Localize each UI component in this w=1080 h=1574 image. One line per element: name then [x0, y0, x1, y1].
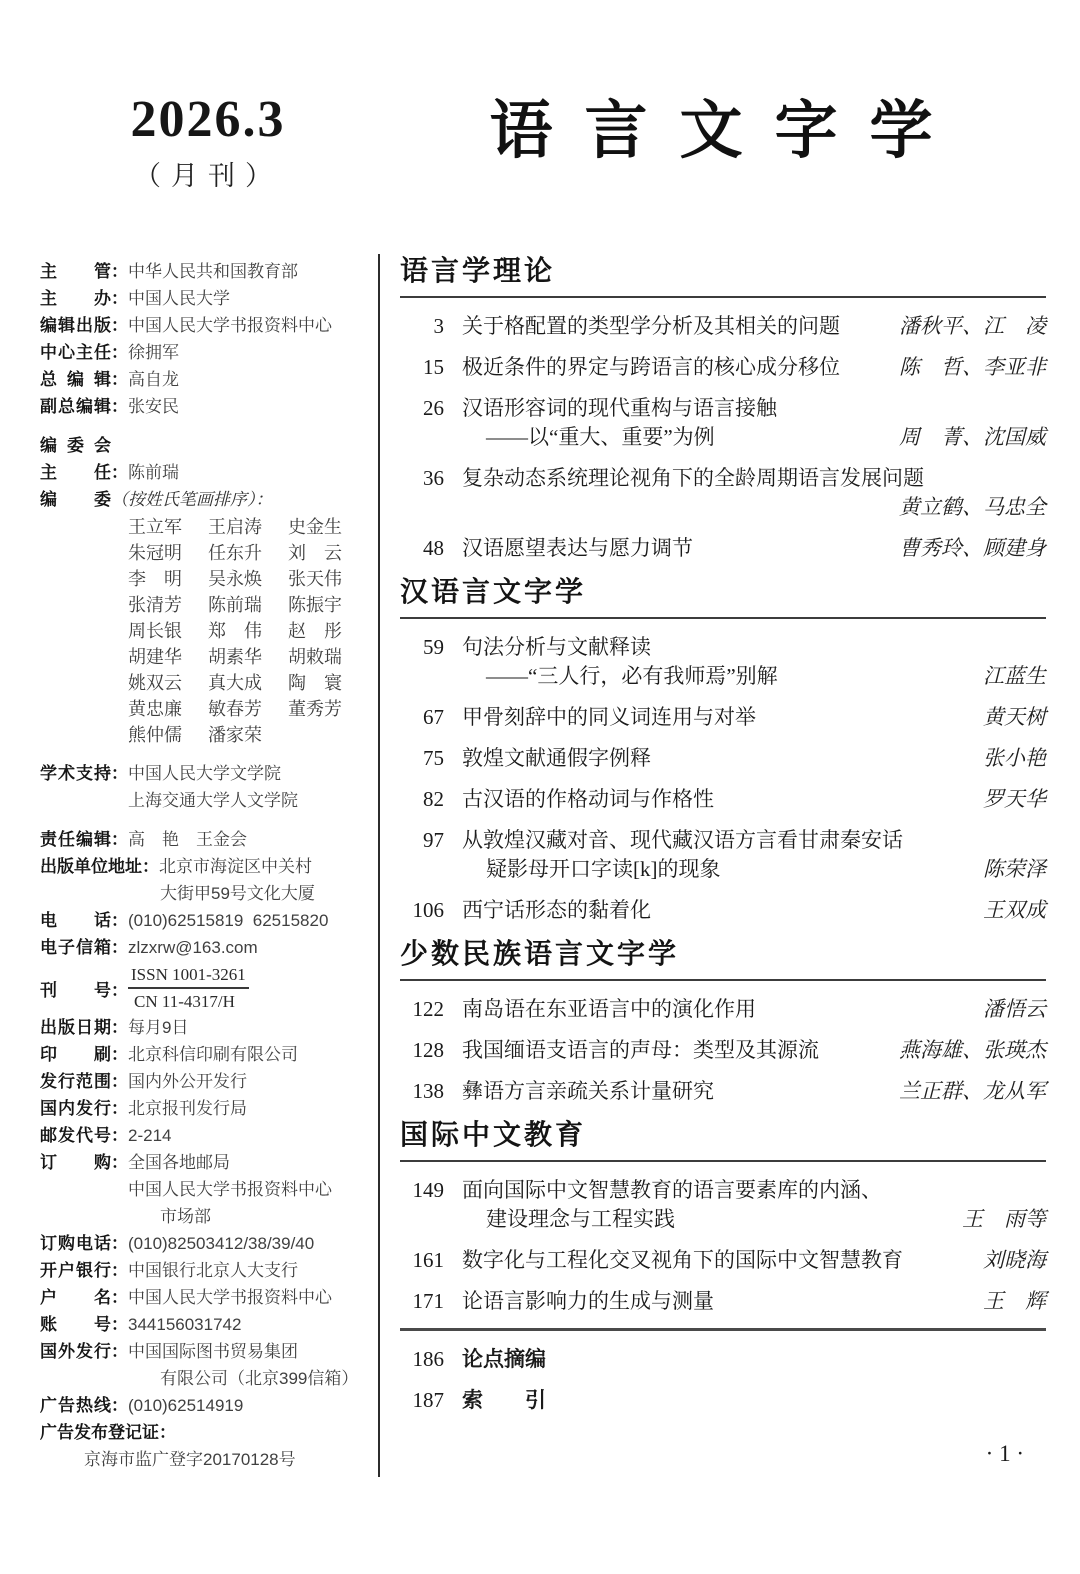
entry-subtitle: 疑影母开口字读[k]的现象 — [462, 855, 721, 884]
info-label: 中心主任 — [40, 343, 128, 363]
toc-entry: 36 复杂动态系统理论视角下的全龄周期语言发展问题 黄立鹤、马忠全 — [400, 464, 1046, 522]
info-row: 国内发行 北京报刊发行局 — [40, 1099, 370, 1119]
entry-title: 数字化与工程化交叉视角下的国际中文智慧教育 — [462, 1246, 903, 1275]
info-row: 广告热线 (010)62514919 — [40, 1396, 370, 1416]
info-row: 主办 中国人民大学 — [40, 289, 370, 309]
entry-page-number: 161 — [400, 1246, 444, 1275]
issue-number: 2026.3 — [40, 92, 376, 148]
info-value: 中国人民大学书报资料中心 — [128, 1180, 332, 1200]
info-row: 订购 全国各地邮局 — [40, 1153, 370, 1173]
info-row: 主管 中华人民共和国教育部 — [40, 262, 370, 282]
board-member-name: 敏春芳 — [208, 699, 288, 719]
board-members-row: 编委 （按姓氏笔画排序）： — [40, 490, 370, 510]
info-label: 账号 — [40, 1315, 128, 1335]
board-members-note: （按姓氏笔画排序）： — [111, 490, 273, 510]
toc-entry: 149 面向国际中文智慧教育的语言要素库的内涵、 建设理念与工程实践 王 雨等 — [400, 1176, 1046, 1234]
info-value: 全国各地邮局 — [128, 1153, 230, 1173]
info-value: 2-214 — [128, 1126, 171, 1146]
info-row: 有限公司（北京399信箱） — [40, 1369, 370, 1389]
info-row: 市场部 — [40, 1207, 370, 1227]
entry-page-number: 48 — [400, 534, 444, 563]
info-value: 京海市监广登字20170128号 — [84, 1450, 296, 1470]
board-member-name: 赵 彤 — [288, 621, 368, 641]
entry-page-number: 26 — [400, 394, 444, 423]
editorial-board-names: 王立军 王启涛 史金生 朱冠明 任东升 刘 云 李 明 吴永焕 张天伟 张清芳 … — [128, 517, 370, 745]
board-member-name: 潘家荣 — [208, 725, 288, 745]
entry-page-number: 187 — [400, 1386, 444, 1415]
info-row: 编辑出版 中国人民大学书报资料中心 — [40, 316, 370, 336]
entry-authors: 周 菁、沈国威 — [885, 423, 1046, 452]
entry-authors: 黄立鹤、马忠全 — [885, 493, 1046, 522]
entry-title: 论语言影响力的生成与测量 — [462, 1287, 714, 1316]
entry-authors: 兰正群、龙从军 — [885, 1077, 1046, 1106]
entry-page-number: 97 — [400, 826, 444, 855]
info-row: 大街甲59号文化大厦 — [40, 884, 370, 904]
info-label: 发行范围 — [40, 1072, 128, 1092]
info-value: 大街甲59号文化大厦 — [160, 884, 315, 904]
info-row: 责任编辑 高 艳 王金会 — [40, 830, 370, 850]
entry-authors: 潘悟云 — [969, 995, 1046, 1024]
entry-page-number: 106 — [400, 896, 444, 925]
entry-subtitle: ——“三人行，必有我师焉”别解 — [462, 662, 778, 691]
spacer — [40, 752, 370, 764]
info-label: 编委 — [40, 490, 111, 510]
info-label: 广告发布登记证 — [40, 1423, 176, 1443]
entry-page-number: 82 — [400, 785, 444, 814]
entry-authors: 刘晓海 — [969, 1246, 1046, 1275]
info-label: 开户银行 — [40, 1261, 128, 1281]
entry-page-number: 149 — [400, 1176, 444, 1205]
info-row: 开户银行 中国银行北京人大支行 — [40, 1261, 370, 1281]
cn-number: CN 11-4317/H — [128, 989, 249, 1011]
toc-section: 汉语言文字学 59 句法分析与文献释读 ——“三人行，必有我师焉”别解 江蓝生 … — [400, 575, 1046, 925]
info-label: 出版单位地址 — [40, 857, 159, 877]
entry-subtitle: ——以“重大、重要”为例 — [462, 423, 715, 452]
entry-title: 关于格配置的类型学分析及其相关的问题 — [462, 312, 840, 341]
info-label: 主任 — [40, 463, 128, 483]
info-value: 上海交通大学人文学院 — [128, 791, 298, 811]
info-value: (010)82503412/38/39/40 — [128, 1234, 314, 1254]
toc-entry: 122 南岛语在东亚语言中的演化作用 潘悟云 — [400, 995, 1046, 1024]
board-member-name: 胡素华 — [208, 647, 288, 667]
info-value: zlzxrw@163.com — [128, 938, 258, 958]
info-value: (010)62515819 62515820 — [128, 911, 328, 931]
entry-title: 彝语方言亲疏关系计量研究 — [462, 1077, 714, 1106]
entry-title: 极近条件的界定与跨语言的核心成分移位 — [462, 353, 840, 382]
content-columns: 主管 中华人民共和国教育部 主办 中国人民大学 编辑出版 中国人民大学书报资料中… — [40, 254, 1046, 1477]
entry-title: 敦煌文献通假字例释 — [462, 744, 651, 773]
toc-section-heading: 少数民族语言文字学 — [400, 937, 1046, 981]
entry-authors: 陈荣泽 — [969, 855, 1046, 884]
board-member-name: 董秀芳 — [288, 699, 368, 719]
info-label: 国内发行 — [40, 1099, 128, 1119]
board-member-name: 陈前瑞 — [208, 595, 288, 615]
board-member-name: 熊仲儒 — [128, 725, 208, 745]
info-row: 出版日期 每月9日 — [40, 1018, 370, 1038]
info-row: 邮发代号 2-214 — [40, 1126, 370, 1146]
entry-title: 从敦煌汉藏对音、现代藏汉语方言看甘肃秦安话 — [462, 826, 903, 855]
masthead-right: 语言文字学 — [376, 92, 1046, 166]
table-of-contents: 语言学理论 3 关于格配置的类型学分析及其相关的问题 潘秋平、江 凌 15 极近… — [380, 254, 1046, 1477]
toc-entry: 106 西宁话形态的黏着化 王双成 — [400, 896, 1046, 925]
back-matter-separator — [400, 1328, 1046, 1331]
info-value: 北京市海淀区中关村 — [159, 857, 312, 877]
footer-page-number: · 1 · — [986, 1441, 1024, 1466]
board-director-name: 陈前瑞 — [128, 463, 179, 483]
info-label: 电话 — [40, 911, 128, 931]
info-value: 中国人民大学书报资料中心 — [128, 1288, 332, 1308]
info-value: 高 艳 王金会 — [128, 830, 247, 850]
entry-authors: 张小艳 — [969, 744, 1046, 773]
board-member-name: 黄忠廉 — [128, 699, 208, 719]
entry-title: 句法分析与文献释读 — [462, 633, 651, 662]
masthead: 2026.3 （月刊） 语言文字学 — [40, 0, 1046, 192]
issn-row: 刊号 ISSN 1001-3261 CN 11-4317/H — [40, 965, 370, 1011]
entry-title: 面向国际中文智慧教育的语言要素库的内涵、 — [462, 1176, 882, 1205]
info-label: 出版日期 — [40, 1018, 128, 1038]
entry-title: 复杂动态系统理论视角下的全龄周期语言发展问题 — [462, 464, 924, 493]
entry-title: 索 引 — [462, 1386, 546, 1415]
board-member-name: 陈振宇 — [288, 595, 368, 615]
info-value: 国内外公开发行 — [128, 1072, 247, 1092]
issn-fraction: ISSN 1001-3261 CN 11-4317/H — [128, 965, 249, 1011]
entry-authors: 燕海雄、张瑛杰 — [885, 1036, 1046, 1065]
entry-authors: 罗天华 — [969, 785, 1046, 814]
spacer — [40, 424, 370, 436]
board-member-name: 周长银 — [128, 621, 208, 641]
entry-authors: 潘秋平、江 凌 — [885, 312, 1046, 341]
entry-authors: 黄天树 — [969, 703, 1046, 732]
publication-info-sidebar: 主管 中华人民共和国教育部 主办 中国人民大学 编辑出版 中国人民大学书报资料中… — [40, 254, 370, 1477]
board-member-name: 史金生 — [288, 517, 368, 537]
editorial-board-header: 编委会 — [40, 436, 111, 456]
info-value: 中国人民大学书报资料中心 — [128, 316, 332, 336]
entry-title: 古汉语的作格动词与作格性 — [462, 785, 714, 814]
info-label: 订购 — [40, 1153, 128, 1173]
info-row: 户名 中国人民大学书报资料中心 — [40, 1288, 370, 1308]
entry-authors: 陈 哲、李亚非 — [885, 353, 1046, 382]
toc-entry: 97 从敦煌汉藏对音、现代藏汉语方言看甘肃秦安话 疑影母开口字读[k]的现象 陈… — [400, 826, 1046, 884]
info-row: 中心主任 徐拥军 — [40, 343, 370, 363]
toc-entry: 138 彝语方言亲疏关系计量研究 兰正群、龙从军 — [400, 1077, 1046, 1106]
board-member-name: 朱冠明 — [128, 543, 208, 563]
info-label: 副总编辑 — [40, 397, 128, 417]
entry-page-number: 122 — [400, 995, 444, 1024]
board-member-name: 王立军 — [128, 517, 208, 537]
info-row: 广告发布登记证 — [40, 1423, 370, 1443]
editorial-board-header-row: 编委会 — [40, 436, 370, 456]
journal-title: 语言文字学 — [376, 96, 1046, 166]
info-value: 北京科信印刷有限公司 — [128, 1045, 298, 1065]
toc-section: 语言学理论 3 关于格配置的类型学分析及其相关的问题 潘秋平、江 凌 15 极近… — [400, 254, 1046, 563]
toc-entry: 82 古汉语的作格动词与作格性 罗天华 — [400, 785, 1046, 814]
entry-page-number: 186 — [400, 1345, 444, 1374]
entry-page-number: 59 — [400, 633, 444, 662]
info-label: 学术支持 — [40, 764, 128, 784]
info-label: 邮发代号 — [40, 1126, 128, 1146]
toc-entry: 3 关于格配置的类型学分析及其相关的问题 潘秋平、江 凌 — [400, 312, 1046, 341]
spacer — [40, 818, 370, 830]
academic-support-row: 上海交通大学人文学院 — [40, 791, 370, 811]
board-member-name: 吴永焕 — [208, 569, 288, 589]
info-row: 中国人民大学书报资料中心 — [40, 1180, 370, 1200]
entry-authors: 江蓝生 — [969, 662, 1046, 691]
info-row: 副总编辑 张安民 — [40, 397, 370, 417]
info-value: 每月9日 — [128, 1018, 188, 1038]
info-value: 有限公司（北京399信箱） — [160, 1369, 358, 1389]
issue-frequency: （月刊） — [40, 160, 376, 192]
entry-page-number: 3 — [400, 312, 444, 341]
info-label: 刊号 — [40, 976, 128, 1001]
info-label: 订购电话 — [40, 1234, 128, 1254]
info-label: 主办 — [40, 289, 128, 309]
entry-page-number: 36 — [400, 464, 444, 493]
board-member-name: 王启涛 — [208, 517, 288, 537]
info-value: 中华人民共和国教育部 — [128, 262, 298, 282]
info-row: 国外发行 中国国际图书贸易集团 — [40, 1342, 370, 1362]
board-member-name: 真大成 — [208, 673, 288, 693]
board-member-name: 李 明 — [128, 569, 208, 589]
toc-entry: 171 论语言影响力的生成与测量 王 辉 — [400, 1287, 1046, 1316]
info-row: 总编辑 高自龙 — [40, 370, 370, 390]
info-value: 徐拥军 — [128, 343, 179, 363]
info-label: 印刷 — [40, 1045, 128, 1065]
entry-title: 论点摘编 — [462, 1345, 546, 1374]
toc-entry: 15 极近条件的界定与跨语言的核心成分移位 陈 哲、李亚非 — [400, 353, 1046, 382]
info-row: 出版单位地址 北京市海淀区中关村 — [40, 857, 370, 877]
info-label: 编辑出版 — [40, 316, 128, 336]
info-row: 发行范围 国内外公开发行 — [40, 1072, 370, 1092]
entry-page-number: 138 — [400, 1077, 444, 1106]
entry-title: 汉语愿望表达与愿力调节 — [462, 534, 693, 563]
toc-section-heading: 国际中文教育 — [400, 1118, 1046, 1162]
info-label: 户名 — [40, 1288, 128, 1308]
back-matter-entry: 186 论点摘编 — [400, 1345, 1046, 1374]
info-label: 广告热线 — [40, 1396, 128, 1416]
issn-number: ISSN 1001-3261 — [128, 965, 249, 989]
entry-page-number: 67 — [400, 703, 444, 732]
board-member-name: 胡建华 — [128, 647, 208, 667]
entry-title: 甲骨刻辞中的同义词连用与对举 — [462, 703, 756, 732]
entry-authors: 王双成 — [969, 896, 1046, 925]
masthead-left: 2026.3 （月刊） — [40, 92, 376, 192]
board-member-name: 姚双云 — [128, 673, 208, 693]
academic-support-row: 学术支持 中国人民大学文学院 — [40, 764, 370, 784]
entry-authors: 曹秀玲、顾建身 — [885, 534, 1046, 563]
entry-title: 西宁话形态的黏着化 — [462, 896, 651, 925]
info-value: 中国银行北京人大支行 — [128, 1261, 298, 1281]
board-member-name: 任东升 — [208, 543, 288, 563]
info-value: 中国国际图书贸易集团 — [128, 1342, 298, 1362]
info-label: 责任编辑 — [40, 830, 128, 850]
info-row: 电话 (010)62515819 62515820 — [40, 911, 370, 931]
entry-title: 汉语形容词的现代重构与语言接触 — [462, 394, 777, 423]
info-value: 中国人民大学 — [128, 289, 230, 309]
info-row: 电子信箱 zlzxrw@163.com — [40, 938, 370, 958]
page-footer: · 1 · — [400, 1427, 1046, 1467]
info-row: 订购电话 (010)82503412/38/39/40 — [40, 1234, 370, 1254]
entry-title: 南岛语在东亚语言中的演化作用 — [462, 995, 756, 1024]
toc-entry: 161 数字化与工程化交叉视角下的国际中文智慧教育 刘晓海 — [400, 1246, 1046, 1275]
info-row: 账号 344156031742 — [40, 1315, 370, 1335]
entry-subtitle: 建设理念与工程实践 — [462, 1205, 675, 1234]
toc-entry: 48 汉语愿望表达与愿力调节 曹秀玲、顾建身 — [400, 534, 1046, 563]
board-member-name: 陶 寰 — [288, 673, 368, 693]
board-member-name: 张天伟 — [288, 569, 368, 589]
entry-title: 我国缅语支语言的声母：类型及其源流 — [462, 1036, 819, 1065]
toc-entry: 67 甲骨刻辞中的同义词连用与对举 黄天树 — [400, 703, 1046, 732]
toc-section-heading: 汉语言文字学 — [400, 575, 1046, 619]
toc-entry: 75 敦煌文献通假字例释 张小艳 — [400, 744, 1046, 773]
info-value: 344156031742 — [128, 1315, 241, 1335]
board-member-name: 刘 云 — [288, 543, 368, 563]
info-value: 市场部 — [160, 1207, 211, 1227]
toc-entry: 26 汉语形容词的现代重构与语言接触 ——以“重大、重要”为例 周 菁、沈国威 — [400, 394, 1046, 452]
entry-page-number: 171 — [400, 1287, 444, 1316]
info-value: 北京报刊发行局 — [128, 1099, 247, 1119]
info-label: 总编辑 — [40, 370, 128, 390]
info-row: 印刷 北京科信印刷有限公司 — [40, 1045, 370, 1065]
entry-page-number: 15 — [400, 353, 444, 382]
info-label: 电子信箱 — [40, 938, 128, 958]
entry-page-number: 75 — [400, 744, 444, 773]
info-value: 中国人民大学文学院 — [128, 764, 281, 784]
board-member-name: 张清芳 — [128, 595, 208, 615]
toc-section: 少数民族语言文字学 122 南岛语在东亚语言中的演化作用 潘悟云 128 我国缅… — [400, 937, 1046, 1106]
info-row: 京海市监广登字20170128号 — [40, 1450, 370, 1470]
toc-section: 国际中文教育 149 面向国际中文智慧教育的语言要素库的内涵、 建设理念与工程实… — [400, 1118, 1046, 1316]
entry-authors: 王 雨等 — [948, 1205, 1046, 1234]
entry-authors: 王 辉 — [969, 1287, 1046, 1316]
entry-page-number: 128 — [400, 1036, 444, 1065]
back-matter-entry: 187 索 引 — [400, 1386, 1046, 1415]
board-member-name: 胡敕瑞 — [288, 647, 368, 667]
info-value: 高自龙 — [128, 370, 179, 390]
info-value: (010)62514919 — [128, 1396, 243, 1416]
toc-entry: 59 句法分析与文献释读 ——“三人行，必有我师焉”别解 江蓝生 — [400, 633, 1046, 691]
toc-section-heading: 语言学理论 — [400, 254, 1046, 298]
journal-contents-page: 2026.3 （月刊） 语言文字学 主管 中华人民共和国教育部 主办 中国人民大… — [0, 0, 1080, 1574]
info-label: 国外发行 — [40, 1342, 128, 1362]
info-label: 主管 — [40, 262, 128, 282]
info-value: 张安民 — [128, 397, 179, 417]
board-director-row: 主任 陈前瑞 — [40, 463, 370, 483]
board-member-name: 郑 伟 — [208, 621, 288, 641]
toc-entry: 128 我国缅语支语言的声母：类型及其源流 燕海雄、张瑛杰 — [400, 1036, 1046, 1065]
